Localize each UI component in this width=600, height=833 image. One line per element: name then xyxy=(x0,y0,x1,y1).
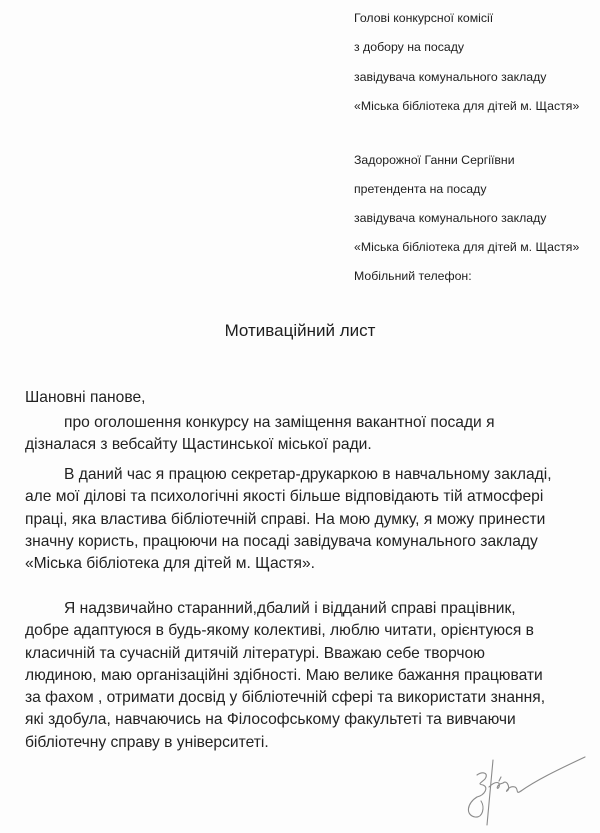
paragraph-line: про оголошення конкурсу на заміщення вак… xyxy=(25,412,590,434)
paragraph-line: значну користь, працюючи на посаді завід… xyxy=(25,531,590,553)
sender-phone-label: Мобільний телефон: xyxy=(354,269,472,283)
paragraph-line: за фахом , отримати досвід у бібліотечні… xyxy=(25,687,590,709)
paragraph-3: Я надзвичайно старанний,дбалий і віддани… xyxy=(25,598,590,754)
sender-line: завідувача комунального закладу xyxy=(354,211,546,225)
paragraph-line: бібліотечну справу в університеті. xyxy=(25,732,590,754)
sender-name: Задорожної Ганни Сергіївни xyxy=(354,153,515,167)
document-title: Мотиваційний лист xyxy=(0,321,600,341)
paragraph-line: дізналася з вебсайту Щастинської міської… xyxy=(25,434,590,456)
recipient-line: з добору на посаду xyxy=(354,40,464,54)
handwritten-signature-icon xyxy=(455,755,595,830)
paragraph-line: «Міська бібліотека для дітей м. Щастя». xyxy=(25,553,590,575)
paragraph-1: про оголошення конкурсу на заміщення вак… xyxy=(25,412,590,457)
sender-line: претендента на посаду xyxy=(354,182,486,196)
salutation: Шановні панове, xyxy=(25,387,590,409)
recipient-line: завідувача комунального закладу xyxy=(354,70,546,84)
paragraph-line: В даний час я працюю секретар-друкаркою … xyxy=(25,464,590,486)
salutation-text: Шановні панове, xyxy=(25,387,590,409)
paragraph-line: але мої ділові та психологічні якості бі… xyxy=(25,486,590,508)
recipient-line: Голові конкурсної комісії xyxy=(354,11,493,25)
paragraph-line: Я надзвичайно старанний,дбалий і віддани… xyxy=(25,598,590,620)
recipient-line: «Міська бібліотека для дітей м. Щастя» xyxy=(354,99,579,113)
paragraph-line: людиною, маю організаційні здібності. Ма… xyxy=(25,665,590,687)
sender-line: «Міська бібліотека для дітей м. Щастя» xyxy=(354,240,579,254)
paragraph-line: класичній та сучасній дитячій літературі… xyxy=(25,643,590,665)
paragraph-line: які здобула, навчаючись на Філософському… xyxy=(25,709,590,731)
paragraph-line: добре адаптуюся в будь-якому колективі, … xyxy=(25,620,590,642)
paragraph-line: праці, яка властива бібліотечній справі.… xyxy=(25,509,590,531)
scanned-letter-page: Голові конкурсної комісії з добору на по… xyxy=(0,0,600,833)
paragraph-2: В даний час я працюю секретар-друкаркою … xyxy=(25,464,590,575)
